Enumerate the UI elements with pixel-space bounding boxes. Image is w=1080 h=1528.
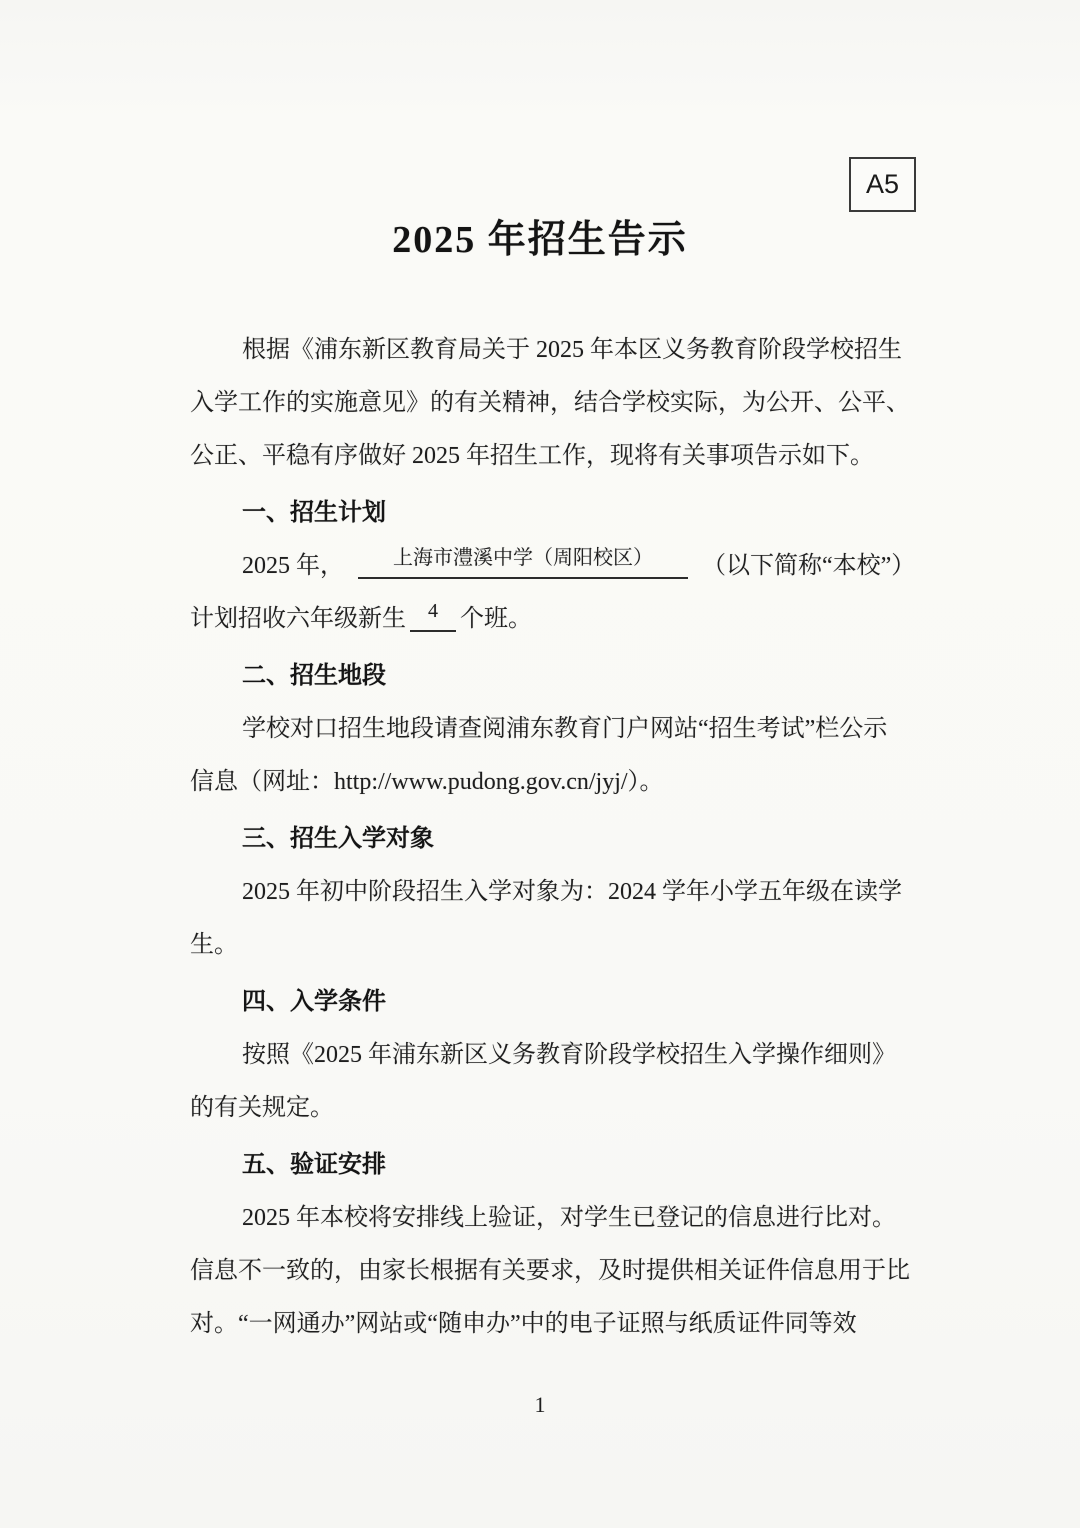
section-heading-enrollment-area: 二、招生地段 [190, 650, 940, 703]
page-number: 1 [0, 1392, 1080, 1418]
admission-conditions-paragraph: 按照《2025 年浦东新区义务教育阶段学校招生入学操作细则》 的有关规定。 [190, 1029, 940, 1135]
section-heading-enrollment-plan: 一、招生计划 [190, 487, 940, 540]
plan-suffix: （以下简称“本校”） [702, 553, 915, 579]
corner-label-box: A5 [849, 157, 916, 212]
school-name: 上海市澧溪中学（周阳校区） [358, 548, 688, 568]
document-title: 2025 年招生告示 [0, 210, 1080, 270]
document-page: A5 2025 年招生告示 根据《浦东新区教育局关于 2025 年本区义务教育阶… [0, 0, 1080, 1528]
intro-paragraph: 根据《浦东新区教育局关于 2025 年本区义务教育阶段学校招生 入学工作的实施意… [190, 324, 940, 483]
section-heading-verification-arrangement: 五、验证安排 [190, 1139, 940, 1192]
corner-label: A5 [866, 169, 899, 200]
section-heading-target-students: 三、招生入学对象 [190, 813, 940, 866]
school-name-blank: 上海市澧溪中学（周阳校区） [358, 553, 688, 579]
enrollment-plan-paragraph: 2025 年，上海市澧溪中学（周阳校区）（以下简称“本校”）计划招收六年级新生4… [190, 540, 940, 646]
verification-arrangement-paragraph: 2025 年本校将安排线上验证，对学生已登记的信息进行比对。 信息不一致的，由家… [190, 1192, 940, 1351]
class-count: 4 [410, 601, 456, 621]
section-heading-admission-conditions: 四、入学条件 [190, 976, 940, 1029]
plan-line2-suffix: 个班。 [460, 606, 532, 632]
class-count-blank: 4 [410, 606, 456, 632]
enrollment-area-paragraph: 学校对口招生地段请查阅浦东教育门户网站“招生考试”栏公示 信息（网址：http:… [190, 703, 940, 809]
document-body: 根据《浦东新区教育局关于 2025 年本区义务教育阶段学校招生 入学工作的实施意… [190, 324, 940, 1351]
plan-line2-prefix: 计划招收六年级新生 [190, 606, 406, 632]
plan-prefix: 2025 年， [242, 553, 344, 579]
target-students-paragraph: 2025 年初中阶段招生入学对象为：2024 学年小学五年级在读学 生。 [190, 866, 940, 972]
